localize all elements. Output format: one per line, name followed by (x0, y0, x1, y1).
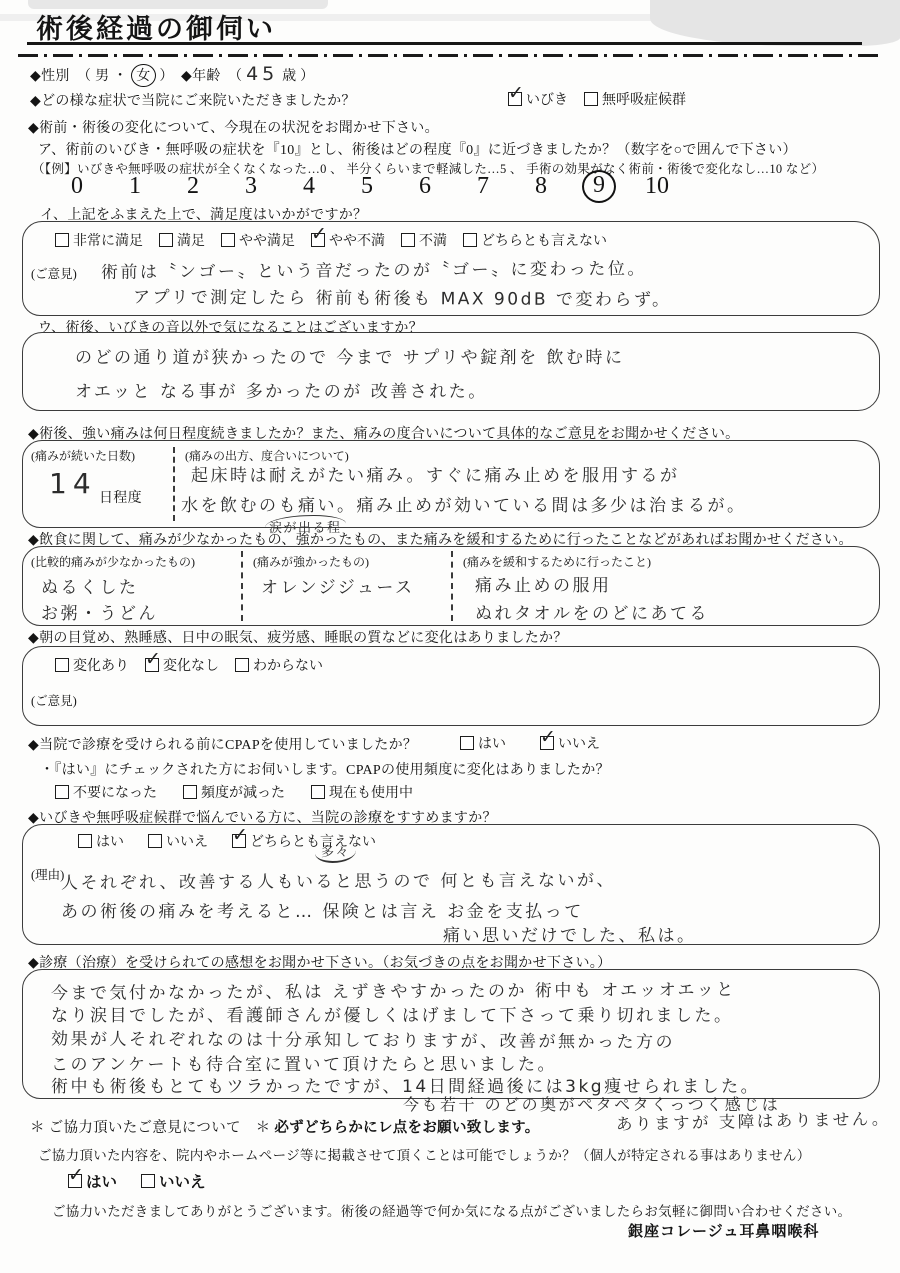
checkbox-label: 頻度が減った (201, 782, 285, 802)
scale-option-6[interactable]: 6 (396, 173, 454, 203)
severity-scale: 0 1 2 3 4 5 6 7 8 9 10 (48, 173, 686, 203)
question-sleep: ◆朝の目覚め、熟睡感、日中の眠気、疲労感、睡眠の質などに変化はありましたか？ (28, 627, 568, 647)
scale-option-8[interactable]: 8 (512, 173, 570, 203)
checkbox-cpap-no[interactable]: いいえ (540, 733, 600, 753)
food-col1-header: (比較的痛みが少なかったもの) (31, 553, 195, 570)
gender-age-row: ◆性別 （ 男 ・ 女 ） ◆年齢 （ 45 歳 ） (30, 63, 314, 87)
checkbox-cpap-yes[interactable]: はい (460, 733, 506, 753)
pain-days-unit: 日程度 (99, 487, 142, 507)
handwritten-note: アプリで測定したら 術前も術後も MAX 90dB で変わらず。 (133, 283, 672, 311)
question-publish: ご協力頂いた内容を、院内やホームページ等に掲載させて頂くことは可能でしょうか？（… (38, 1144, 811, 1164)
checkbox-label: いいえ (159, 1170, 206, 1192)
food-box: (比較的痛みが少なかったもの) ぬるくした お粥・うどん (痛みが強かったもの)… (22, 546, 880, 626)
checkbox-icon (78, 834, 92, 848)
cpap-followup-options: 不要になった 頻度が減った 現在も使用中 (55, 782, 429, 802)
other-concern-box: のどの通り道が狭かったので 今まで サプリや錠剤を 飲む時に オエッと なる事が… (22, 332, 880, 411)
scanned-questionnaire: 術後経過の御伺い ◆性別 （ 男 ・ 女 ） ◆年齢 （ 45 歳 ） ◆どの様… (0, 0, 900, 1273)
checkbox-label: はい (96, 831, 124, 851)
checkbox-neither[interactable]: どちらとも言えない (463, 230, 607, 250)
checkbox-very-satisfied[interactable]: 非常に満足 (55, 230, 143, 250)
checkbox-icon (232, 834, 246, 848)
handwritten-note: 水を飲むのも痛い。痛み止めが効いている間は多少は治まるが。 (181, 491, 747, 516)
checkbox-label: 無呼吸症候群 (602, 89, 686, 109)
checkbox-icon (55, 658, 69, 672)
recommend-box: はい いいえ どちらとも言えない (理由) 多々 人それぞれ、改善する人もいると… (22, 824, 880, 945)
scale-option-1[interactable]: 1 (106, 173, 164, 203)
checkbox-publish-yes[interactable]: はい (68, 1170, 117, 1192)
checkbox-icon (460, 736, 474, 750)
checkbox-icon (311, 785, 325, 799)
checkbox-still-using[interactable]: 現在も使用中 (311, 782, 413, 802)
handwritten-annotation: 多々 (315, 841, 356, 863)
checkbox-apnea[interactable]: 無呼吸症候群 (584, 89, 686, 109)
question-symptom: ◆どの様な症状で当院にご来院いただきましたか？ (30, 90, 356, 110)
handwritten-note: ぬれタオルをのどにあてる (475, 599, 709, 624)
checkbox-icon (55, 785, 69, 799)
checkbox-icon (55, 233, 69, 247)
checkbox-label: やや不満 (329, 230, 385, 250)
handwritten-note: 人それぞれ、改善する人もいると思うので 何とも言えないが、 (61, 866, 616, 894)
feedback-box: 今まで気付かなかったが、私は えずきやすかったのか 術中も オエッオエッと なり… (22, 969, 880, 1099)
checkbox-label: どちらとも言えない (481, 230, 607, 250)
checkbox-snoring[interactable]: いびき (508, 89, 568, 109)
scale-option-5[interactable]: 5 (338, 173, 396, 203)
checkbox-icon (463, 233, 477, 247)
footer-note-text: ＊ ご協力頂いたご意見について ＊ (30, 1120, 274, 1136)
checkbox-icon (401, 233, 415, 247)
scale-option-0[interactable]: 0 (48, 173, 106, 203)
handwritten-note: ぬるくした (41, 573, 139, 598)
footer-note: ＊ ご協力頂いたご意見について ＊ 必ずどちらかにレ点をお願い致します。 (30, 1116, 540, 1137)
checkbox-label: わからない (253, 655, 323, 675)
handwritten-note: あの術後の痛みを考えると… 保険とは言え お金を支払って (61, 897, 584, 922)
checkbox-icon (159, 233, 173, 247)
divider-vertical (451, 551, 453, 621)
handwritten-note: 痛い思いだけでした、私は。 (443, 921, 697, 946)
handwritten-note: ありますが 支障はありません。 (616, 1105, 891, 1135)
sleep-box: 変化あり 変化なし わからない (ご意見) (22, 646, 880, 726)
divider-dashed (18, 54, 882, 57)
scan-artifact (650, 0, 900, 46)
reason-label: (理由) (31, 865, 64, 883)
scale-option-4[interactable]: 4 (280, 173, 338, 203)
checkbox-label: いいえ (558, 733, 600, 753)
checkbox-icon (311, 233, 325, 247)
checkbox-label: 変化あり (73, 655, 129, 675)
checkbox-icon (145, 658, 159, 672)
handwritten-note: 今まで気付かなかったが、私は えずきやすかったのか 術中も オエッオエッと (51, 975, 736, 1004)
satisfaction-options: 非常に満足 満足 やや満足 やや不満 不満 どちらとも言えない (55, 230, 623, 250)
checkbox-frequency-reduced[interactable]: 頻度が減った (183, 782, 285, 802)
divider-vertical (241, 551, 243, 621)
checkbox-icon (221, 233, 235, 247)
checkbox-dissatisfied[interactable]: 不満 (401, 230, 447, 250)
clinic-name: 銀座コレージュ耳鼻咽喉科 (628, 1220, 819, 1241)
footer-note-bold: 必ずどちらかにレ点をお願い致します。 (274, 1120, 539, 1136)
divider-vertical (173, 447, 175, 521)
checkbox-change-no[interactable]: 変化なし (145, 655, 219, 675)
checkbox-recommend-no[interactable]: いいえ (148, 831, 208, 851)
symptom-options: いびき 無呼吸症候群 (508, 89, 702, 109)
checkbox-icon (584, 92, 598, 106)
footer-thanks: ご協力いただきましてありがとうございます。術後の経過等で何か気になる点がございま… (52, 1200, 851, 1220)
checkbox-label: どちらとも言えない (250, 831, 376, 851)
checkbox-label: 不満 (419, 230, 447, 250)
checkbox-icon (540, 736, 554, 750)
checkbox-recommend-yes[interactable]: はい (78, 831, 124, 851)
checkbox-somewhat-satisfied[interactable]: やや満足 (221, 230, 295, 250)
handwritten-note: オエッと なる事が 多かったのが 改善された。 (75, 377, 488, 402)
checkbox-somewhat-dissatisfied[interactable]: やや不満 (311, 230, 385, 250)
pain-days-value: 14 (49, 467, 97, 500)
scale-option-7[interactable]: 7 (454, 173, 512, 203)
food-col3-header: (痛みを緩和するために行ったこと) (463, 553, 651, 570)
checkbox-change-yes[interactable]: 変化あり (55, 655, 129, 675)
scale-option-3[interactable]: 3 (222, 173, 280, 203)
checkbox-icon (141, 1174, 155, 1188)
checkbox-no-longer-needed[interactable]: 不要になった (55, 782, 157, 802)
food-col2-header: (痛みが強かったもの) (253, 553, 369, 570)
handwritten-note: のどの通り道が狭かったので 今まで サプリや錠剤を 飲む時に (75, 343, 625, 368)
checkbox-icon (148, 834, 162, 848)
gender-female-circled[interactable]: 女 (131, 64, 155, 87)
handwritten-note: 起床時は耐えがたい痛み。すぐに痛み止めを服用するが (191, 461, 680, 486)
checkbox-label: やや満足 (239, 230, 295, 250)
checkbox-unknown[interactable]: わからない (235, 655, 323, 675)
comment-label: (ご意見) (31, 264, 77, 282)
question-change-a: ア、術前のいびき・無呼吸の症状を『10』とし、術後はどの程度『0』に近づきました… (38, 139, 797, 159)
checkbox-satisfied[interactable]: 満足 (159, 230, 205, 250)
pain-box: (痛みが続いた日数) (痛みの出方、度合いについて) 14 日程度 起床時は耐え… (22, 440, 880, 528)
checkbox-label: はい (478, 733, 506, 753)
checkbox-label: 現在も使用中 (329, 782, 413, 802)
handwritten-note: なり涙目でしたが、看護師さんが優しくはげまして下さって乗り切れました。 (51, 1001, 734, 1026)
handwritten-note: 術前は〝ンゴー〟という音だったのが〝ゴー〟に変わった位。 (101, 254, 647, 283)
checkbox-label: 満足 (177, 230, 205, 250)
checkbox-label: 不要になった (73, 782, 157, 802)
checkbox-label: いいえ (166, 831, 208, 851)
question-change-heading: ◆術前・術後の変化について、今現在の状況をお聞かせ下さい。 (28, 117, 439, 137)
question-cpap-followup: ・『はい』にチェックされた方にお伺いします。CPAPの使用頻度に変化はありました… (40, 759, 610, 779)
checkbox-icon (68, 1174, 82, 1188)
scale-option-10[interactable]: 10 (628, 173, 686, 203)
checkbox-label: 変化なし (163, 655, 219, 675)
title-underline (27, 42, 862, 45)
pain-days-label: (痛みが続いた日数) (31, 447, 135, 464)
age-suffix: 歳 ） (278, 69, 314, 84)
satisfaction-box: 非常に満足 満足 やや満足 やや不満 不満 どちらとも言えない (ご意見) 術前… (22, 221, 880, 316)
checkbox-icon (235, 658, 249, 672)
checkbox-icon (183, 785, 197, 799)
scale-option-2[interactable]: 2 (164, 173, 222, 203)
scale-option-9[interactable]: 9 (570, 173, 628, 203)
checkbox-label: はい (86, 1170, 117, 1192)
checkbox-label: 非常に満足 (73, 230, 143, 250)
handwritten-note: オレンジジュース (261, 573, 415, 598)
cpap-options: はい いいえ (460, 733, 616, 753)
question-cpap: ◆当院で診療を受けられる前にCPAPを使用していましたか？ (28, 734, 417, 754)
gender-suffix: ） (156, 69, 181, 84)
handwritten-note: 効果が人それぞれなのは十分承知しておりますが、改善が無かった方の (51, 1024, 675, 1052)
publish-options: はい いいえ (68, 1170, 222, 1192)
sleep-options: 変化あり 変化なし わからない (55, 655, 339, 675)
checkbox-label: いびき (526, 89, 568, 109)
age-value-handwritten: 45 (246, 63, 278, 85)
comment-label: (ご意見) (31, 691, 77, 709)
gender-label: ◆性別 （ 男 ・ (30, 69, 131, 84)
checkbox-publish-no[interactable]: いいえ (141, 1170, 206, 1192)
handwritten-note: 痛み止めの服用 (475, 571, 612, 596)
page-title: 術後経過の御伺い (36, 7, 276, 46)
age-label: ◆年齢 （ (181, 69, 246, 84)
handwritten-note: お粥・うどん (41, 599, 158, 624)
checkbox-icon (508, 92, 522, 106)
